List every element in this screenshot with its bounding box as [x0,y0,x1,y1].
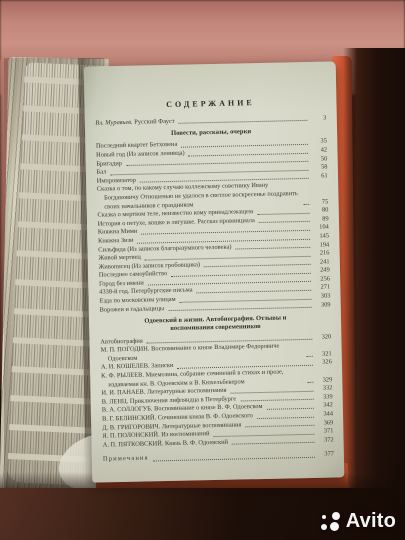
book-photo: СОДЕРЖАНИЕ Вл. Муравьев. Русский Фауст 3… [0,0,405,540]
entry-page-number: 326 [316,359,332,368]
entry-page-number: 344 [317,410,333,419]
entry-page-number: 61 [312,172,328,181]
dot-leader [232,442,315,445]
toc-entry: Сказка о том, по какому случаю коллежско… [97,181,329,212]
entry-page-number: 80 [312,207,328,216]
section-title: Одоевский в жизни. Автобиография. Отзывы… [133,314,298,334]
entry-page-number: 216 [313,249,329,258]
entry-page-number: 377 [318,451,334,460]
entry-page-number: 369 [317,419,333,428]
entry-page-number: 256 [314,275,330,284]
entry-page-number: 75 [312,198,328,207]
entry-author: Вл. Муравьев. [95,118,132,126]
table-of-contents: СОДЕРЖАНИЕ Вл. Муравьев. Русский Фауст 3… [95,97,334,464]
dot-leader [307,356,313,357]
section-title: Повести, рассказы, очерки [129,127,294,139]
entry-page-number: 58 [311,164,327,173]
dot-leader [257,416,314,418]
entry-page-number: 194 [313,241,329,250]
entry-page-number: 249 [314,267,330,276]
dot-leader [257,213,309,215]
dot-leader [267,408,314,410]
entry-page-number: 329 [316,376,332,385]
dot-leader [307,382,313,383]
dot-leader [245,425,314,428]
entry-page-number: 321 [316,350,332,359]
entry-page-number: 303 [314,292,330,301]
entry-page-number: 241 [314,258,330,267]
toc-sections: Повести, рассказы, очеркиПоследний кварт… [96,127,334,450]
entry-title: Вл. Муравьев. Русский Фауст [95,117,174,127]
entry-work: Русский Фауст [134,117,175,125]
entry-page-number: 3 [310,114,326,123]
entry-page-number: 371 [317,428,333,437]
toc-entry-intro: Вл. Муравьев. Русский Фауст 3 [95,114,326,128]
dot-leader [303,204,309,205]
entry-title: Ворожеи и гадальщицы [100,305,165,315]
entry-page-number: 342 [317,402,333,411]
entry-page-number: 339 [317,393,333,402]
entry-page-number: 35 [311,138,327,147]
entry-title: Бал [96,169,106,178]
dot-leader [179,120,308,124]
entry-page-number: 145 [313,232,329,241]
entry-page-number: 104 [313,224,329,233]
entry-page-number: 372 [318,436,334,445]
entry-title: Примечания [103,455,149,465]
entry-page-number: 89 [313,215,329,224]
entry-page-number: 309 [314,301,330,310]
avito-watermark: Avito [321,510,396,533]
entry-title: А. П. ПЯТКОВСКИЙ. Князь В. Ф. Одоевский [103,439,229,450]
avito-logo-icon [321,512,340,531]
background-shadow-right [343,48,405,540]
entry-page-number: 332 [316,385,332,394]
dot-leader [168,307,311,311]
entry-page-number: 271 [314,284,330,293]
entry-page-number: 320 [315,333,331,342]
entry-page-number: 42 [311,146,327,155]
entry-title: Сказка о том, по какому случаю коллежско… [97,181,300,211]
dot-leader [259,221,310,223]
entry-page-number: 50 [311,155,327,164]
entry-title: Бригадир [96,160,122,169]
watermark-brand-text: Avito [346,510,396,533]
